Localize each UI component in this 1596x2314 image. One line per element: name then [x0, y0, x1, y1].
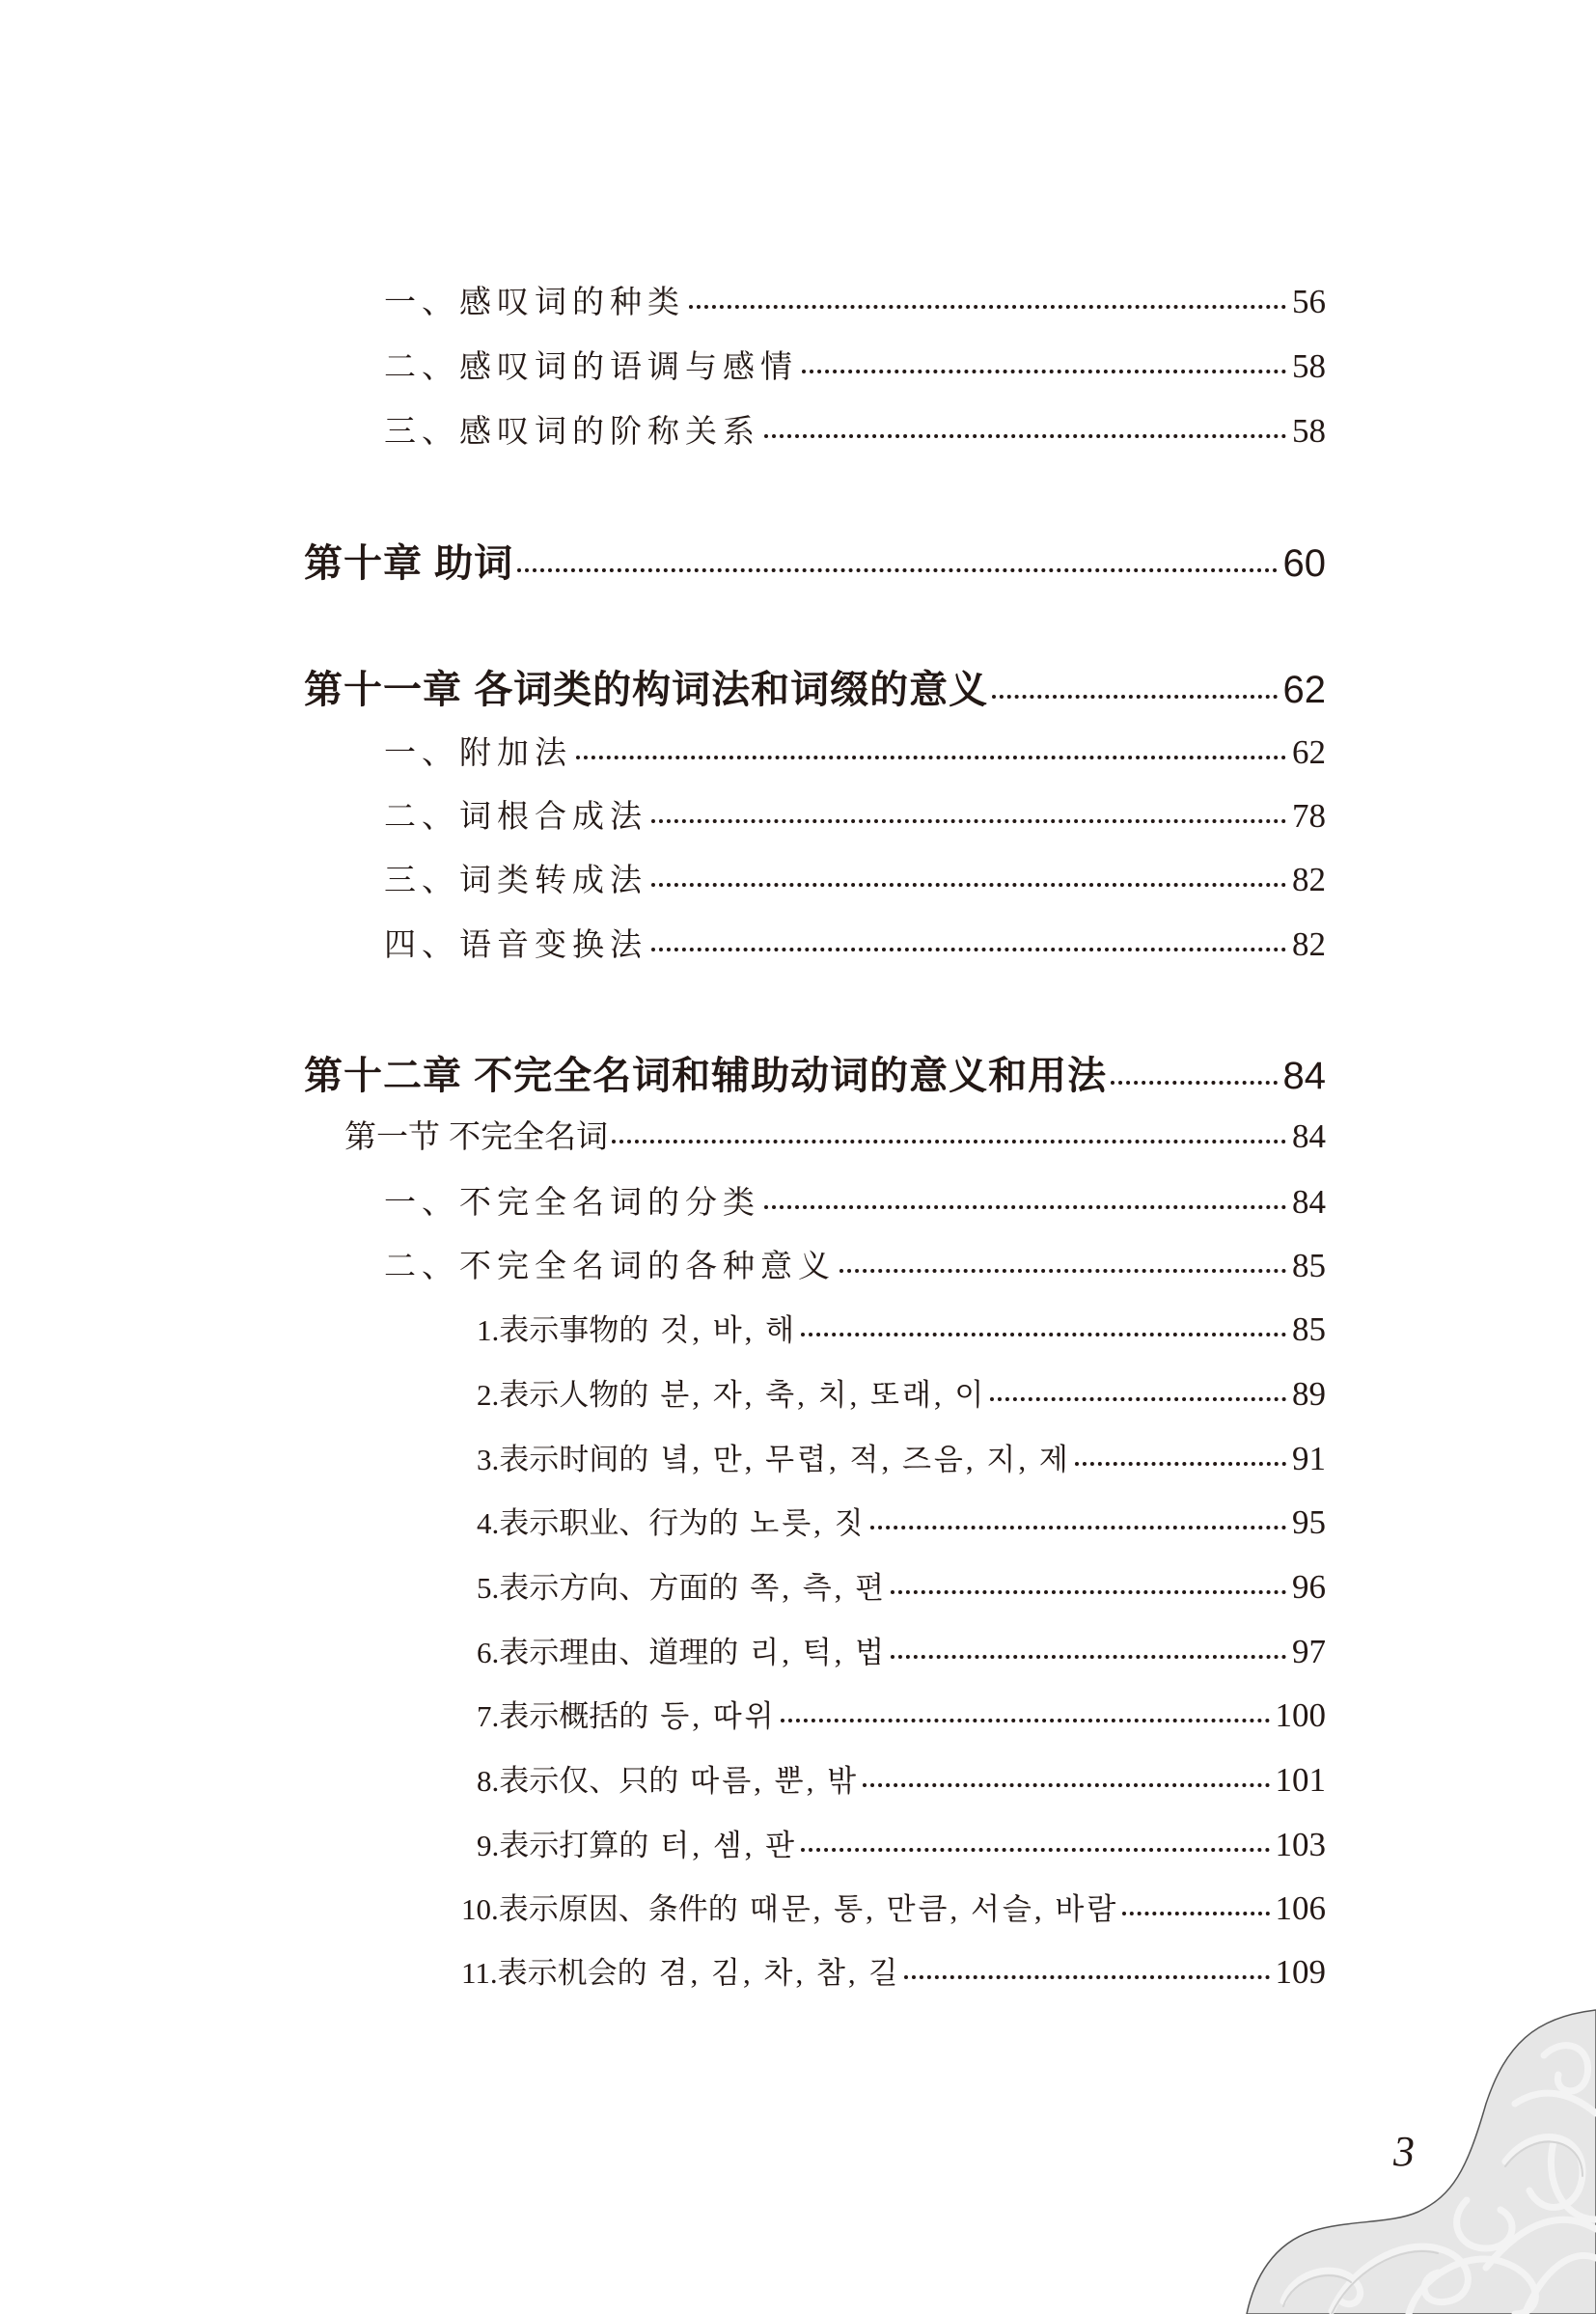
subitem-number: 5.	[477, 1571, 499, 1605]
dot-leader	[1111, 1050, 1277, 1088]
chapter-title: 第十章 助词	[304, 539, 513, 588]
toc-item-label: 四、语音变换法	[384, 923, 647, 966]
dot-leader	[802, 345, 1286, 377]
dot-leader	[651, 795, 1286, 827]
dot-leader	[904, 1953, 1269, 1983]
toc-item-label: 二、感叹词的语调与感情	[384, 345, 798, 388]
subitem-zh: 表示事物的	[499, 1313, 648, 1347]
dot-leader	[689, 281, 1286, 313]
subitem-number: 8.	[477, 1764, 499, 1798]
toc-page-number: 103	[1276, 1825, 1327, 1865]
toc-subitem[interactable]: 6.表示理由、道理的리, 턱, 법 97	[477, 1632, 1326, 1672]
subitem-korean: 분, 자, 축, 치, 또래, 이	[660, 1378, 986, 1412]
toc-subitem[interactable]: 2.表示人物的분, 자, 축, 치, 또래, 이 89	[477, 1374, 1326, 1415]
subitem-korean: 노릇, 짓	[750, 1506, 866, 1540]
subitem-zh: 表示打算的	[499, 1829, 648, 1862]
subitem-korean: 따름, 뿐, 밖	[690, 1764, 859, 1798]
subitem-number: 9.	[477, 1829, 499, 1862]
subitem-zh: 表示方向、方面的	[499, 1571, 738, 1605]
toc-page-number: 58	[1292, 345, 1326, 388]
toc-item[interactable]: 四、语音变换法 82	[384, 923, 1326, 966]
toc-chapter-10[interactable]: 第十章 助词 60	[304, 537, 1326, 586]
toc-page-number: 95	[1292, 1502, 1326, 1543]
toc-page-number: 89	[1292, 1374, 1326, 1415]
dot-leader	[651, 859, 1286, 891]
subitem-zh: 表示人物的	[499, 1378, 648, 1412]
toc-item-label: 一、不完全名词的分类	[384, 1181, 760, 1224]
subitem-number: 1.	[477, 1313, 499, 1347]
toc-subitem[interactable]: 8.表示仅、只的따름, 뿐, 밖 101	[477, 1760, 1326, 1801]
toc-section-1[interactable]: 第一节 不完全名词 84	[344, 1116, 1326, 1158]
dot-leader	[863, 1761, 1269, 1791]
toc-subitem[interactable]: 5.表示方向、方面的쪽, 측, 편 96	[477, 1567, 1326, 1608]
subitem-zh: 表示仅、只的	[499, 1764, 678, 1798]
dot-leader	[801, 1826, 1269, 1856]
toc-page-number: 84	[1292, 1116, 1326, 1158]
toc-chapter-11[interactable]: 第十一章 各词类的构词法和词缀的意义 62	[304, 664, 1326, 712]
dot-leader	[891, 1633, 1286, 1663]
toc-item[interactable]: 三、感叹词的阶称关系 58	[384, 410, 1326, 453]
subitem-korean: 등, 따위	[660, 1699, 776, 1733]
dot-leader	[1075, 1440, 1286, 1470]
dot-leader	[612, 1116, 1286, 1147]
dot-leader	[576, 731, 1286, 763]
subitem-korean: 터, 셈, 판	[660, 1829, 797, 1862]
dot-leader	[1122, 1889, 1269, 1919]
toc-page-number: 91	[1292, 1439, 1326, 1479]
toc-item[interactable]: 二、词根合成法 78	[384, 795, 1326, 838]
subitem-number: 11.	[461, 1956, 498, 1990]
toc-item[interactable]: 一、附加法 62	[384, 731, 1326, 774]
page-number: 3	[1393, 2123, 1415, 2181]
toc-item-label: 一、附加法	[384, 731, 572, 774]
toc-item[interactable]: 一、感叹词的种类 56	[384, 281, 1326, 323]
toc-page-number: 82	[1292, 859, 1326, 901]
dot-leader	[764, 410, 1286, 442]
toc-subitem[interactable]: 11.表示机会的겸, 김, 차, 참, 길 109	[461, 1952, 1326, 1993]
subitem-number: 2.	[477, 1378, 499, 1412]
dot-leader	[839, 1245, 1286, 1277]
toc-item-label: 一、感叹词的种类	[384, 281, 685, 323]
toc-item[interactable]: 二、感叹词的语调与感情 58	[384, 345, 1326, 388]
dot-leader	[764, 1181, 1286, 1213]
dot-leader	[517, 537, 1277, 576]
toc-item-label: 三、词类转成法	[384, 859, 647, 901]
toc-page-number: 60	[1283, 539, 1327, 588]
toc-page-number: 58	[1292, 410, 1326, 453]
toc-page-number: 62	[1283, 666, 1327, 714]
toc-page-number: 85	[1292, 1245, 1326, 1287]
toc-page-number: 106	[1276, 1888, 1327, 1929]
subitem-number: 3.	[477, 1443, 499, 1476]
toc-item-label: 二、不完全名词的各种意义	[384, 1245, 836, 1287]
toc-subitem[interactable]: 1.表示事物的것, 바, 해 85	[477, 1309, 1326, 1350]
subitem-korean: 리, 턱, 법	[750, 1636, 887, 1669]
toc-page-number: 78	[1292, 795, 1326, 838]
chapter-title: 第十一章 各词类的构词法和词缀的意义	[304, 666, 988, 714]
dot-leader	[801, 1310, 1286, 1340]
toc-page-number: 96	[1292, 1567, 1326, 1608]
dot-leader	[870, 1503, 1286, 1533]
toc-item-label: 二、词根合成法	[384, 795, 647, 838]
toc-page-number: 85	[1292, 1309, 1326, 1350]
section-title: 第一节 不完全名词	[344, 1116, 608, 1158]
subitem-zh: 表示概括的	[499, 1699, 648, 1733]
toc-page-number: 101	[1276, 1760, 1327, 1801]
toc-page-number: 56	[1292, 281, 1326, 323]
subitem-number: 7.	[477, 1699, 499, 1733]
toc-subitem[interactable]: 9.表示打算的터, 셈, 판 103	[477, 1825, 1326, 1865]
subitem-zh: 表示原因、条件的	[499, 1892, 738, 1926]
toc-subitem[interactable]: 4.表示职业、行为的노릇, 짓 95	[477, 1502, 1326, 1543]
toc-item[interactable]: 三、词类转成法 82	[384, 859, 1326, 901]
subitem-number: 6.	[477, 1636, 499, 1669]
toc-subitem[interactable]: 10.表示原因、条件的때문, 통, 만큼, 서슬, 바람 106	[461, 1888, 1326, 1929]
subitem-zh: 表示机会的	[498, 1956, 647, 1990]
toc-page-number: 82	[1292, 923, 1326, 966]
dot-leader	[781, 1696, 1270, 1726]
toc-page-number: 97	[1292, 1632, 1326, 1672]
toc-subitem[interactable]: 7.表示概括的등, 따위 100	[477, 1695, 1326, 1736]
subitem-korean: 겸, 김, 차, 참, 길	[659, 1956, 901, 1990]
chapter-title: 第十二章 不完全名词和辅助动词的意义和用法	[304, 1052, 1107, 1100]
toc-subitem[interactable]: 3.表示时间的녘, 만, 무렵, 적, 즈음, 지, 제 91	[477, 1439, 1326, 1479]
subitem-number: 4.	[477, 1506, 499, 1540]
dot-leader	[992, 664, 1277, 702]
toc-page-number: 100	[1276, 1695, 1327, 1736]
toc-page-number: 109	[1276, 1952, 1327, 1993]
toc-page-number: 84	[1292, 1181, 1326, 1224]
dot-leader	[990, 1375, 1286, 1405]
toc-item-label: 三、感叹词的阶称关系	[384, 410, 760, 453]
subitem-korean: 때문, 통, 만큼, 서슬, 바람	[750, 1892, 1119, 1926]
toc-page-number: 84	[1283, 1052, 1327, 1100]
toc-chapter-12[interactable]: 第十二章 不完全名词和辅助动词的意义和用法 84	[304, 1050, 1326, 1098]
subitem-korean: 것, 바, 해	[660, 1313, 797, 1347]
toc-item[interactable]: 二、不完全名词的各种意义 85	[384, 1245, 1326, 1287]
dot-leader	[651, 923, 1286, 955]
subitem-number: 10.	[461, 1892, 499, 1926]
dot-leader	[891, 1568, 1286, 1598]
subitem-korean: 녘, 만, 무렵, 적, 즈음, 지, 제	[660, 1443, 1071, 1476]
toc-item[interactable]: 一、不完全名词的分类 84	[384, 1181, 1326, 1224]
subitem-zh: 表示理由、道理的	[499, 1636, 738, 1669]
subitem-korean: 쪽, 측, 편	[750, 1571, 887, 1605]
toc-page-number: 62	[1292, 731, 1326, 774]
subitem-zh: 表示时间的	[499, 1443, 648, 1476]
subitem-zh: 表示职业、行为的	[499, 1506, 738, 1540]
